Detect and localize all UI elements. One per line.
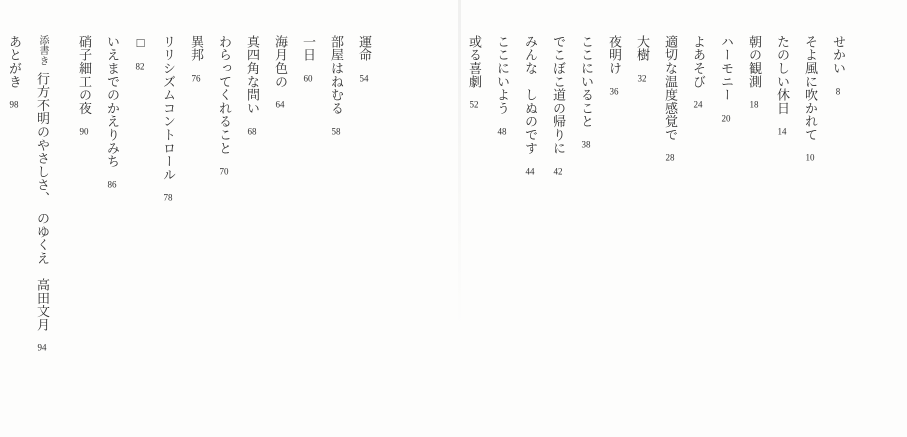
toc-entry: 朝の観測18 bbox=[740, 35, 768, 437]
toc-entry: 海月色の64 bbox=[266, 35, 294, 437]
toc-entry-title: 真四角な問い bbox=[245, 35, 260, 115]
toc-entry-page-number: 44 bbox=[525, 167, 535, 176]
toc-entry-title: せかい bbox=[831, 35, 846, 75]
toc-entry-title: 運命 bbox=[357, 35, 372, 62]
toc-entry-page-number: 10 bbox=[805, 153, 815, 162]
toc-entry: そよ風に吹かれて10 bbox=[796, 35, 824, 437]
toc-entry-title: 行方不明のやさしさ、 のゆくえ 高田文月 bbox=[35, 72, 50, 332]
toc-entry-page-number: 70 bbox=[219, 167, 229, 176]
toc-entry: リリシズムコントロール78 bbox=[154, 35, 182, 437]
toc-entry-page-number: 76 bbox=[191, 74, 201, 83]
toc-entry-page-number: 38 bbox=[581, 140, 591, 149]
toc-entry-title: みんな しぬのです bbox=[523, 35, 538, 155]
toc-entry-title: 朝の観測 bbox=[747, 35, 762, 88]
toc-entry-title: そよ風に吹かれて bbox=[803, 35, 818, 141]
toc-entry-title: 異邦 bbox=[189, 35, 204, 62]
toc-entry-page-number: 48 bbox=[497, 127, 507, 136]
toc-entry-page-number: 20 bbox=[721, 114, 731, 123]
toc-page-right: せかい8 そよ風に吹かれて10 たのしい休日14 朝の観測18 ハーモニー20 bbox=[460, 0, 907, 437]
toc-entry-page-number: 68 bbox=[247, 127, 257, 136]
toc-entry-page-number: 90 bbox=[79, 127, 89, 136]
toc-entry: ハーモニー20 bbox=[712, 35, 740, 437]
toc-entry: でこぼこ道の帰りに42 bbox=[544, 35, 572, 437]
toc-entry-prefix: 添書き bbox=[37, 35, 48, 66]
toc-entry: 真四角な問い68 bbox=[238, 35, 266, 437]
toc-entry-title: 夜明け bbox=[607, 35, 622, 75]
toc-entry: 夜明け36 bbox=[600, 35, 628, 437]
toc-entry-title: リリシズムコントロール bbox=[161, 35, 176, 181]
toc-entry: 異邦76 bbox=[182, 35, 210, 437]
toc-entry-page-number: 52 bbox=[469, 100, 479, 109]
toc-entry: 添書き行方不明のやさしさ、 のゆくえ 高田文月94 bbox=[28, 35, 56, 437]
toc-entry-page-number: 18 bbox=[749, 100, 759, 109]
toc-entry-page-number: 14 bbox=[777, 127, 787, 136]
toc-entry-page-number: 32 bbox=[637, 74, 647, 83]
toc-entry-title: でこぼこ道の帰りに bbox=[551, 35, 566, 155]
toc-list-right: せかい8 そよ風に吹かれて10 たのしい休日14 朝の観測18 ハーモニー20 bbox=[460, 0, 876, 437]
toc-entry-page-number: 42 bbox=[553, 167, 563, 176]
toc-entry: 大樹32 bbox=[628, 35, 656, 437]
toc-entry: ここにいよう48 bbox=[488, 35, 516, 437]
toc-entry-title: たのしい休日 bbox=[775, 35, 790, 115]
toc-entry: 部屋はねむる58 bbox=[322, 35, 350, 437]
toc-entry: 一日60 bbox=[294, 35, 322, 437]
toc-entry-title: ここにいよう bbox=[495, 35, 510, 115]
toc-entry-title: あとがき bbox=[7, 35, 22, 88]
toc-entry: わらってくれること70 bbox=[210, 35, 238, 437]
toc-entry: 運命54 bbox=[350, 35, 378, 437]
toc-list-left: 運命54 部屋はねむる58 一日60 海月色の64 真四角な問い68 bbox=[0, 0, 439, 437]
toc-entry-title: 或る喜劇 bbox=[467, 35, 482, 88]
toc-entry-title: 適切な温度感覚で bbox=[663, 35, 678, 141]
toc-entry-page-number: 98 bbox=[9, 100, 19, 109]
toc-entry-page-number: 60 bbox=[303, 74, 313, 83]
toc-entry: 或る喜劇52 bbox=[460, 35, 488, 437]
toc-entry-title: ここにいること bbox=[579, 35, 594, 128]
toc-entry-title: よあそび bbox=[691, 35, 706, 88]
toc-entry: みんな しぬのです44 bbox=[516, 35, 544, 437]
toc-entry: たのしい休日14 bbox=[768, 35, 796, 437]
book-toc-spread: せかい8 そよ風に吹かれて10 たのしい休日14 朝の観測18 ハーモニー20 bbox=[0, 0, 907, 437]
toc-entry-page-number: 82 bbox=[135, 62, 145, 71]
toc-entry-page-number: 28 bbox=[665, 153, 675, 162]
toc-entry: よあそび24 bbox=[684, 35, 712, 437]
toc-entry: ここにいること38 bbox=[572, 35, 600, 437]
toc-entry-page-number: 24 bbox=[693, 100, 703, 109]
toc-entry-page-number: 94 bbox=[37, 343, 47, 352]
toc-entry-page-number: 58 bbox=[331, 127, 341, 136]
toc-entry: あとがき98 bbox=[0, 35, 28, 437]
toc-entry: □82 bbox=[126, 35, 154, 437]
toc-entry: せかい8 bbox=[824, 35, 852, 437]
toc-entry-title: 部屋はねむる bbox=[329, 35, 344, 115]
toc-entry-page-number: 64 bbox=[275, 100, 285, 109]
toc-entry-page-number: 86 bbox=[107, 180, 117, 189]
toc-entry-title: 大樹 bbox=[635, 35, 650, 62]
toc-entry-title: 一日 bbox=[301, 35, 316, 62]
toc-entry-page-number: 8 bbox=[833, 87, 843, 96]
toc-entry-title: いえまでのかえりみち bbox=[105, 35, 120, 168]
toc-entry-title: □ bbox=[133, 35, 148, 50]
toc-entry-title: 硝子細工の夜 bbox=[77, 35, 92, 115]
toc-entry-page-number: 54 bbox=[359, 74, 369, 83]
toc-entry-page-number: 78 bbox=[163, 193, 173, 202]
toc-entry: いえまでのかえりみち86 bbox=[98, 35, 126, 437]
toc-page-left: 運命54 部屋はねむる58 一日60 海月色の64 真四角な問い68 bbox=[0, 0, 460, 437]
toc-entry-page-number: 36 bbox=[609, 87, 619, 96]
toc-entry: 硝子細工の夜90 bbox=[70, 35, 98, 437]
toc-entry-title: わらってくれること bbox=[217, 35, 232, 155]
toc-entry: 適切な温度感覚で28 bbox=[656, 35, 684, 437]
toc-entry-title: 海月色の bbox=[273, 35, 288, 88]
toc-entry-title: ハーモニー bbox=[719, 35, 734, 102]
